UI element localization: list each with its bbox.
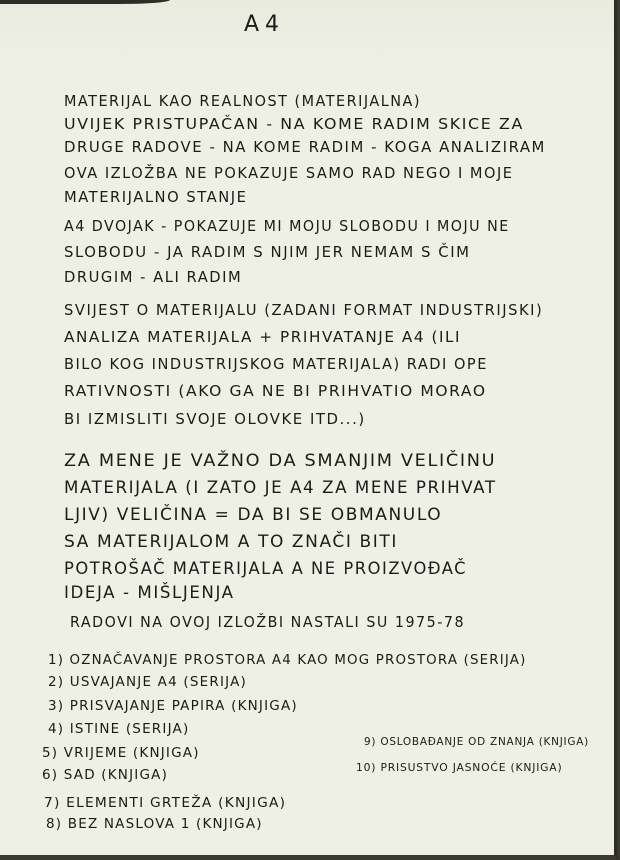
list-item: 3) PRISVAJANJE PAPIRA (KNJIGA) [48,697,298,715]
text-line: ANALIZA MATERIJALA + PRIHVATANJE A4 (ILI [64,328,461,346]
scan-shadow [0,0,170,4]
document-title: A4 [244,12,285,37]
text-line: DRUGIM - ALI RADIM [64,268,242,286]
list-item: 7) ELEMENTI GRTEŽA (KNJIGA) [44,794,286,812]
list-item: 9) OSLOBAĐANJE OD ZNANJA (KNJIGA) [364,733,589,751]
text-line: OVA IZLOŽBA NE POKAZUJE SAMO RAD NEGO I … [64,164,513,182]
text-line: SVIJEST O MATERIJALU (ZADANI FORMAT INDU… [64,301,543,319]
text-line: POTROŠAČ MATERIJALA A NE PROIZVOĐAČ [64,560,467,578]
text-line: SLOBODU - JA RADIM S NJIM JER NEMAM S ČI… [64,243,471,261]
text-line: BILO KOG INDUSTRIJSKOG MATERIJALA) RADI … [64,355,488,373]
text-line: RATIVNOSTI (AKO GA NE BI PRIHVATIO MORAO [64,382,487,400]
list-item: 10) PRISUSTVO JASNOĆE (KNJIGA) [356,759,562,777]
list-item: 1) OZNAČAVANJE PROSTORA A4 KAO MOG PROST… [48,651,527,669]
list-item: 5) VRIJEME (KNJIGA) [42,744,200,762]
text-line: IDEJA - MIŠLJENJA [64,584,235,602]
text-line: SA MATERIJALOM A TO ZNAČI BITI [64,533,398,551]
list-item: 8) BEZ NASLOVA 1 (KNJIGA) [46,815,263,833]
text-line: MATERIJAL KAO REALNOST (MATERIJALNA) [64,92,421,110]
text-line: LJIV) VELIČINA = DA BI SE OBMANULO [64,506,442,524]
text-line: UVIJEK PRISTUPAČAN - NA KOME RADIM SKICE… [64,115,524,133]
list-item: 6) SAD (KNJIGA) [42,766,168,784]
document-page: A4 MATERIJAL KAO REALNOST (MATERIJALNA) … [0,0,617,859]
text-line: A4 DVOJAK - POKAZUJE MI MOJU SLOBODU I M… [64,217,510,235]
text-line: MATERIJALA (I ZATO JE A4 ZA MENE PRIHVAT [64,479,497,497]
text-line: ZA MENE JE VAŽNO DA SMANJIM VELIČINU [64,452,496,470]
text-line: DRUGE RADOVE - NA KOME RADIM - KOGA ANAL… [64,138,546,156]
list-item: 4) ISTINE (SERIJA) [48,720,189,738]
text-line: BI IZMISLITI SVOJE OLOVKE ITD...) [64,410,366,428]
list-item: 2) USVAJANJE A4 (SERIJA) [48,673,247,691]
works-intro: RADOVI NA OVOJ IZLOŽBI NASTALI SU 1975-7… [70,613,465,631]
text-line: MATERIJALNO STANJE [64,188,247,206]
